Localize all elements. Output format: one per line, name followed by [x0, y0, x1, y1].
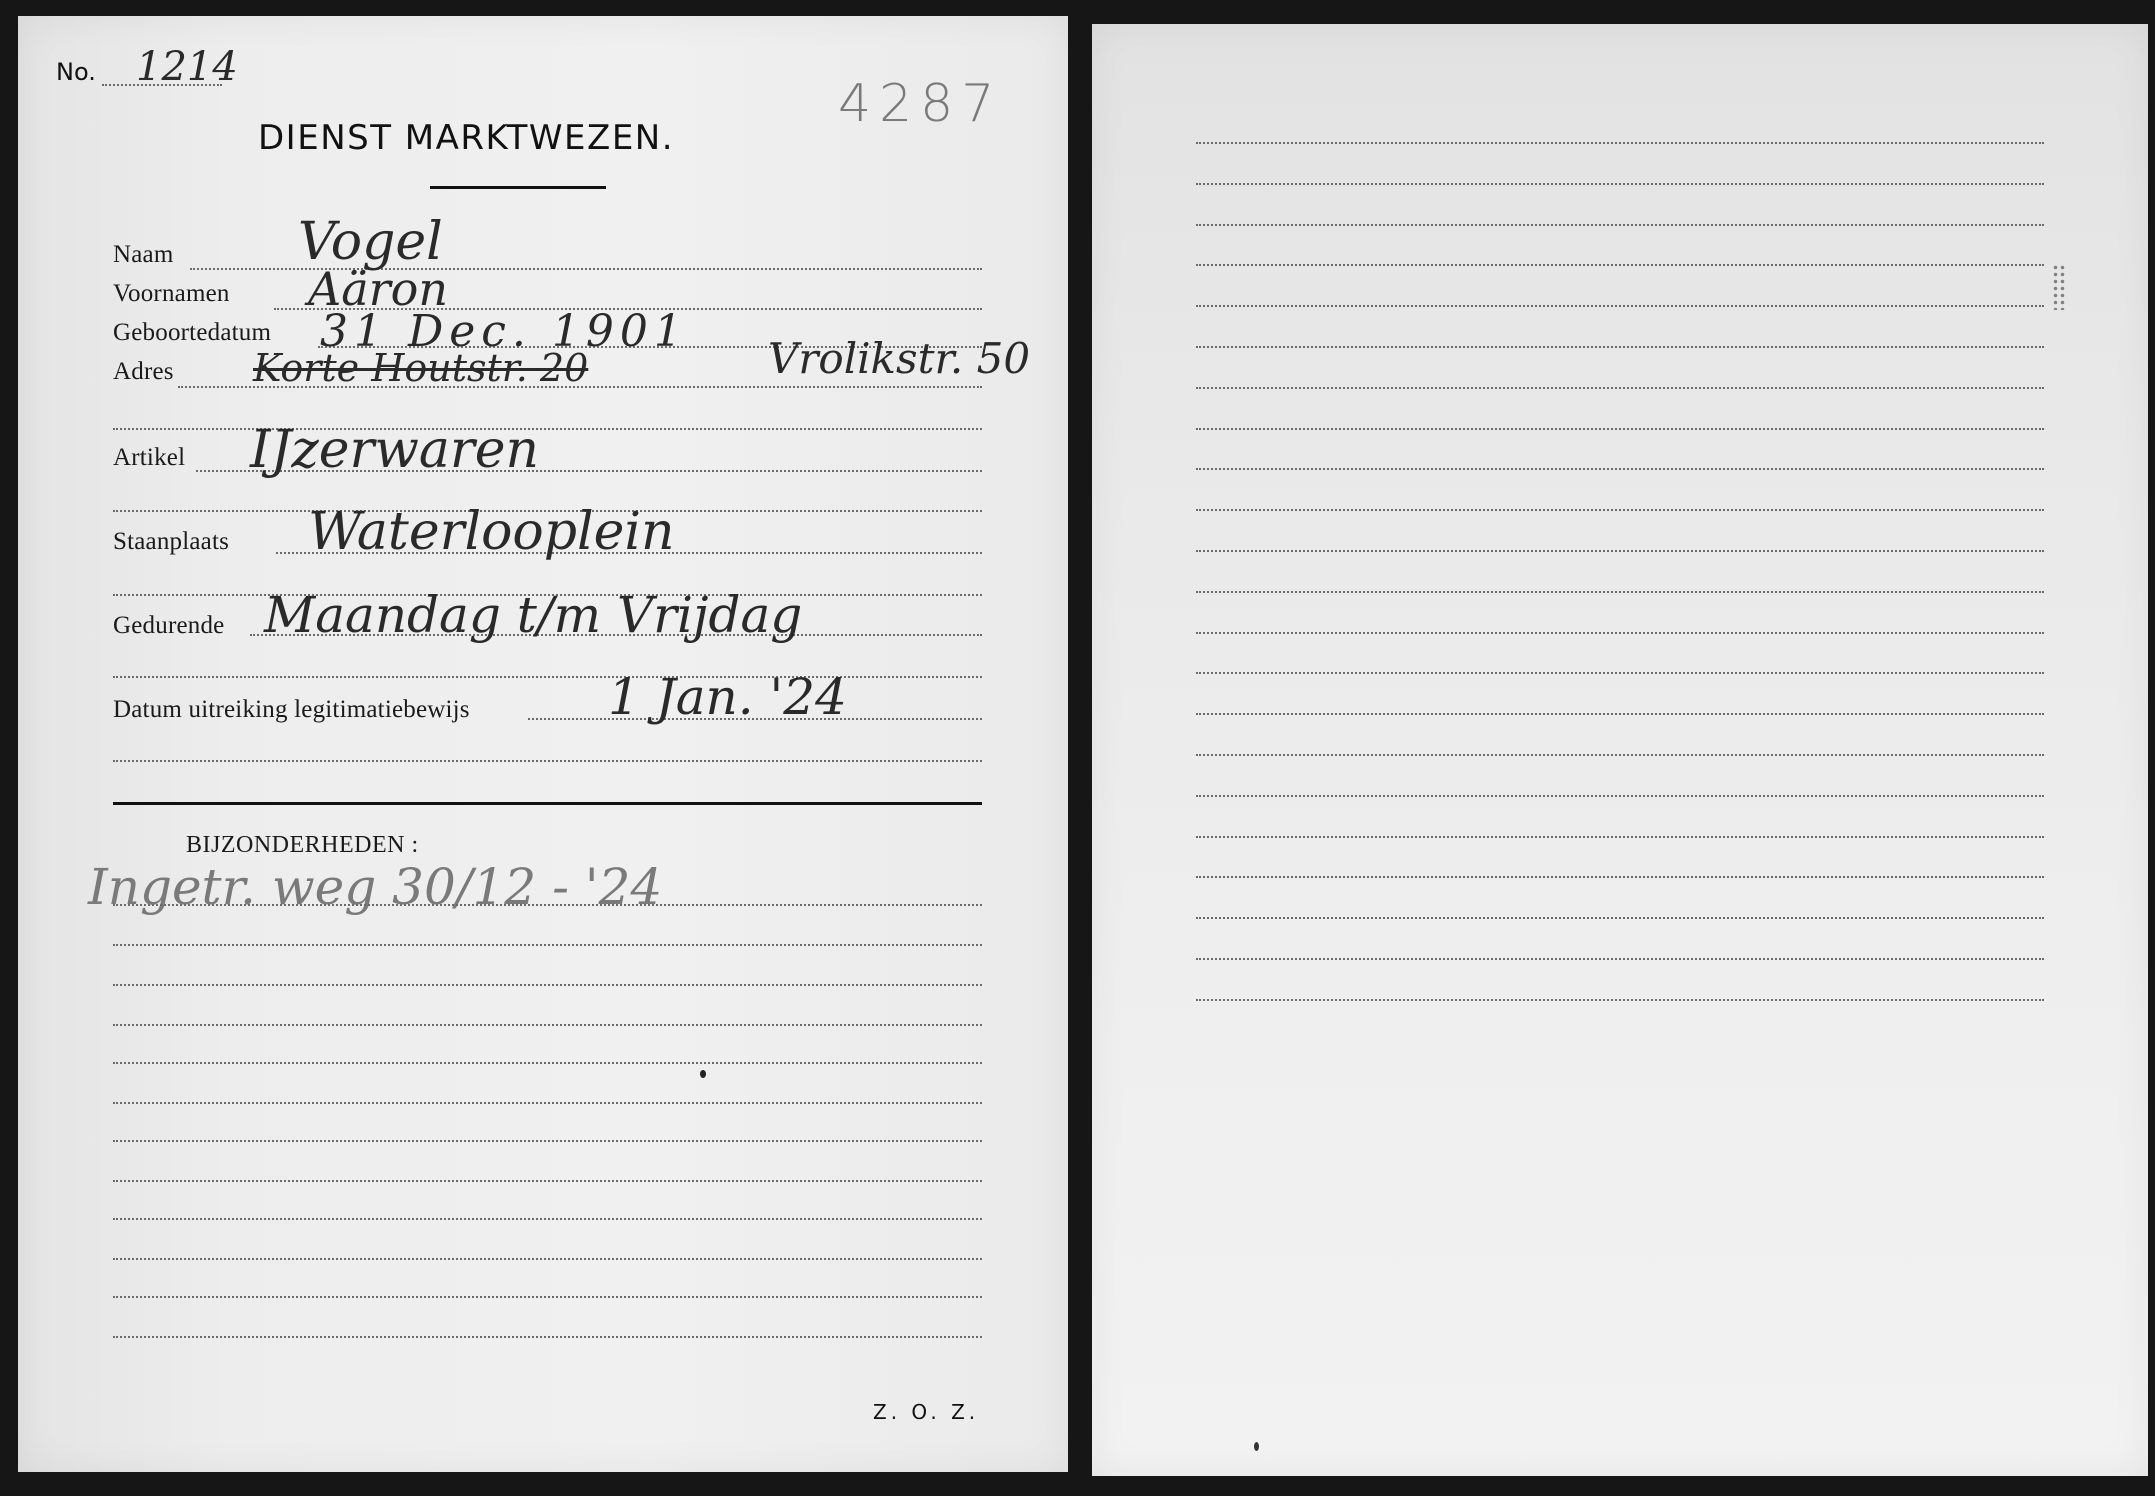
back-rule — [1196, 468, 2044, 470]
pencil-number: 4287 — [838, 74, 1002, 134]
ink-spot — [1254, 1442, 1259, 1451]
adres-extra-rule — [113, 428, 982, 430]
page-title: DIENST MARKTWEZEN. — [258, 118, 674, 158]
artikel-value[interactable]: IJzerwaren — [250, 420, 539, 480]
bijz-rule-7 — [113, 1140, 982, 1142]
datum-uitreiking-value[interactable]: 1 Jan. '24 — [608, 668, 847, 726]
smudge-marks — [2052, 264, 2066, 310]
number-label: No. — [56, 58, 96, 86]
back-rule — [1196, 387, 2044, 389]
footer-zoz: Z. O. Z. — [873, 1400, 979, 1424]
bijzonderheden-label: BIJZONDERHEDEN : — [186, 832, 419, 859]
back-rule — [1196, 958, 2044, 960]
gedurende-label: Gedurende — [113, 612, 224, 640]
bijz-rule-4 — [113, 1024, 982, 1026]
number-value: 1214 — [136, 44, 238, 90]
back-rule — [1196, 142, 2044, 144]
back-rule — [1196, 754, 2044, 756]
voornamen-label: Voornamen — [113, 280, 230, 308]
title-underline — [430, 186, 606, 189]
card-front: No. 1214 4287 DIENST MARKTWEZEN. Naam Vo… — [18, 16, 1068, 1472]
back-rule — [1196, 224, 2044, 226]
bijz-rule-8 — [113, 1180, 982, 1182]
back-rule — [1196, 509, 2044, 511]
back-rule — [1196, 591, 2044, 593]
adres-label: Adres — [113, 358, 174, 386]
back-rule — [1196, 917, 2044, 919]
back-rule — [1196, 550, 2044, 552]
bijz-rule-3 — [113, 984, 982, 986]
gedurende-extra-rule — [113, 676, 982, 678]
bijz-rule-6 — [113, 1102, 982, 1104]
back-rule — [1196, 672, 2044, 674]
naam-label: Naam — [113, 241, 174, 269]
back-rule — [1196, 836, 2044, 838]
adres-value-struck: Korte Houtstr. 20 — [253, 346, 588, 390]
gedurende-value[interactable]: Maandag t/m Vrijdag — [264, 586, 802, 644]
back-rule — [1196, 795, 2044, 797]
back-rule — [1196, 305, 2044, 307]
back-rule — [1196, 999, 2044, 1001]
back-rule — [1196, 183, 2044, 185]
back-rule — [1196, 713, 2044, 715]
card-back — [1092, 24, 2148, 1476]
staanplaats-label: Staanplaats — [113, 528, 229, 556]
datum-extra-rule — [113, 760, 982, 762]
bijz-rule-5 — [113, 1062, 982, 1064]
bijz-rule-9 — [113, 1218, 982, 1220]
artikel-label: Artikel — [113, 444, 185, 472]
bijz-rule-11 — [113, 1296, 982, 1298]
back-rule — [1196, 346, 2044, 348]
back-rule — [1196, 632, 2044, 634]
bijzonderheden-note[interactable]: Ingetr. weg 30/12 - '24 — [88, 858, 662, 916]
back-rule — [1196, 264, 2044, 266]
bijz-rule-2 — [113, 944, 982, 946]
bijz-rule-10 — [113, 1258, 982, 1260]
adres-value[interactable]: Vrolikstr. 50 — [768, 334, 1030, 383]
section-divider — [113, 802, 982, 805]
datum-uitreiking-label: Datum uitreiking legitimatiebewijs — [113, 696, 470, 724]
bijz-rule-12 — [113, 1336, 982, 1338]
back-rule — [1196, 876, 2044, 878]
geboortedatum-label: Geboortedatum — [113, 319, 271, 347]
staanplaats-value[interactable]: Waterlooplein — [308, 502, 675, 562]
ink-spot — [700, 1070, 706, 1078]
bijz-rule-1 — [113, 904, 982, 906]
back-rule — [1196, 428, 2044, 430]
